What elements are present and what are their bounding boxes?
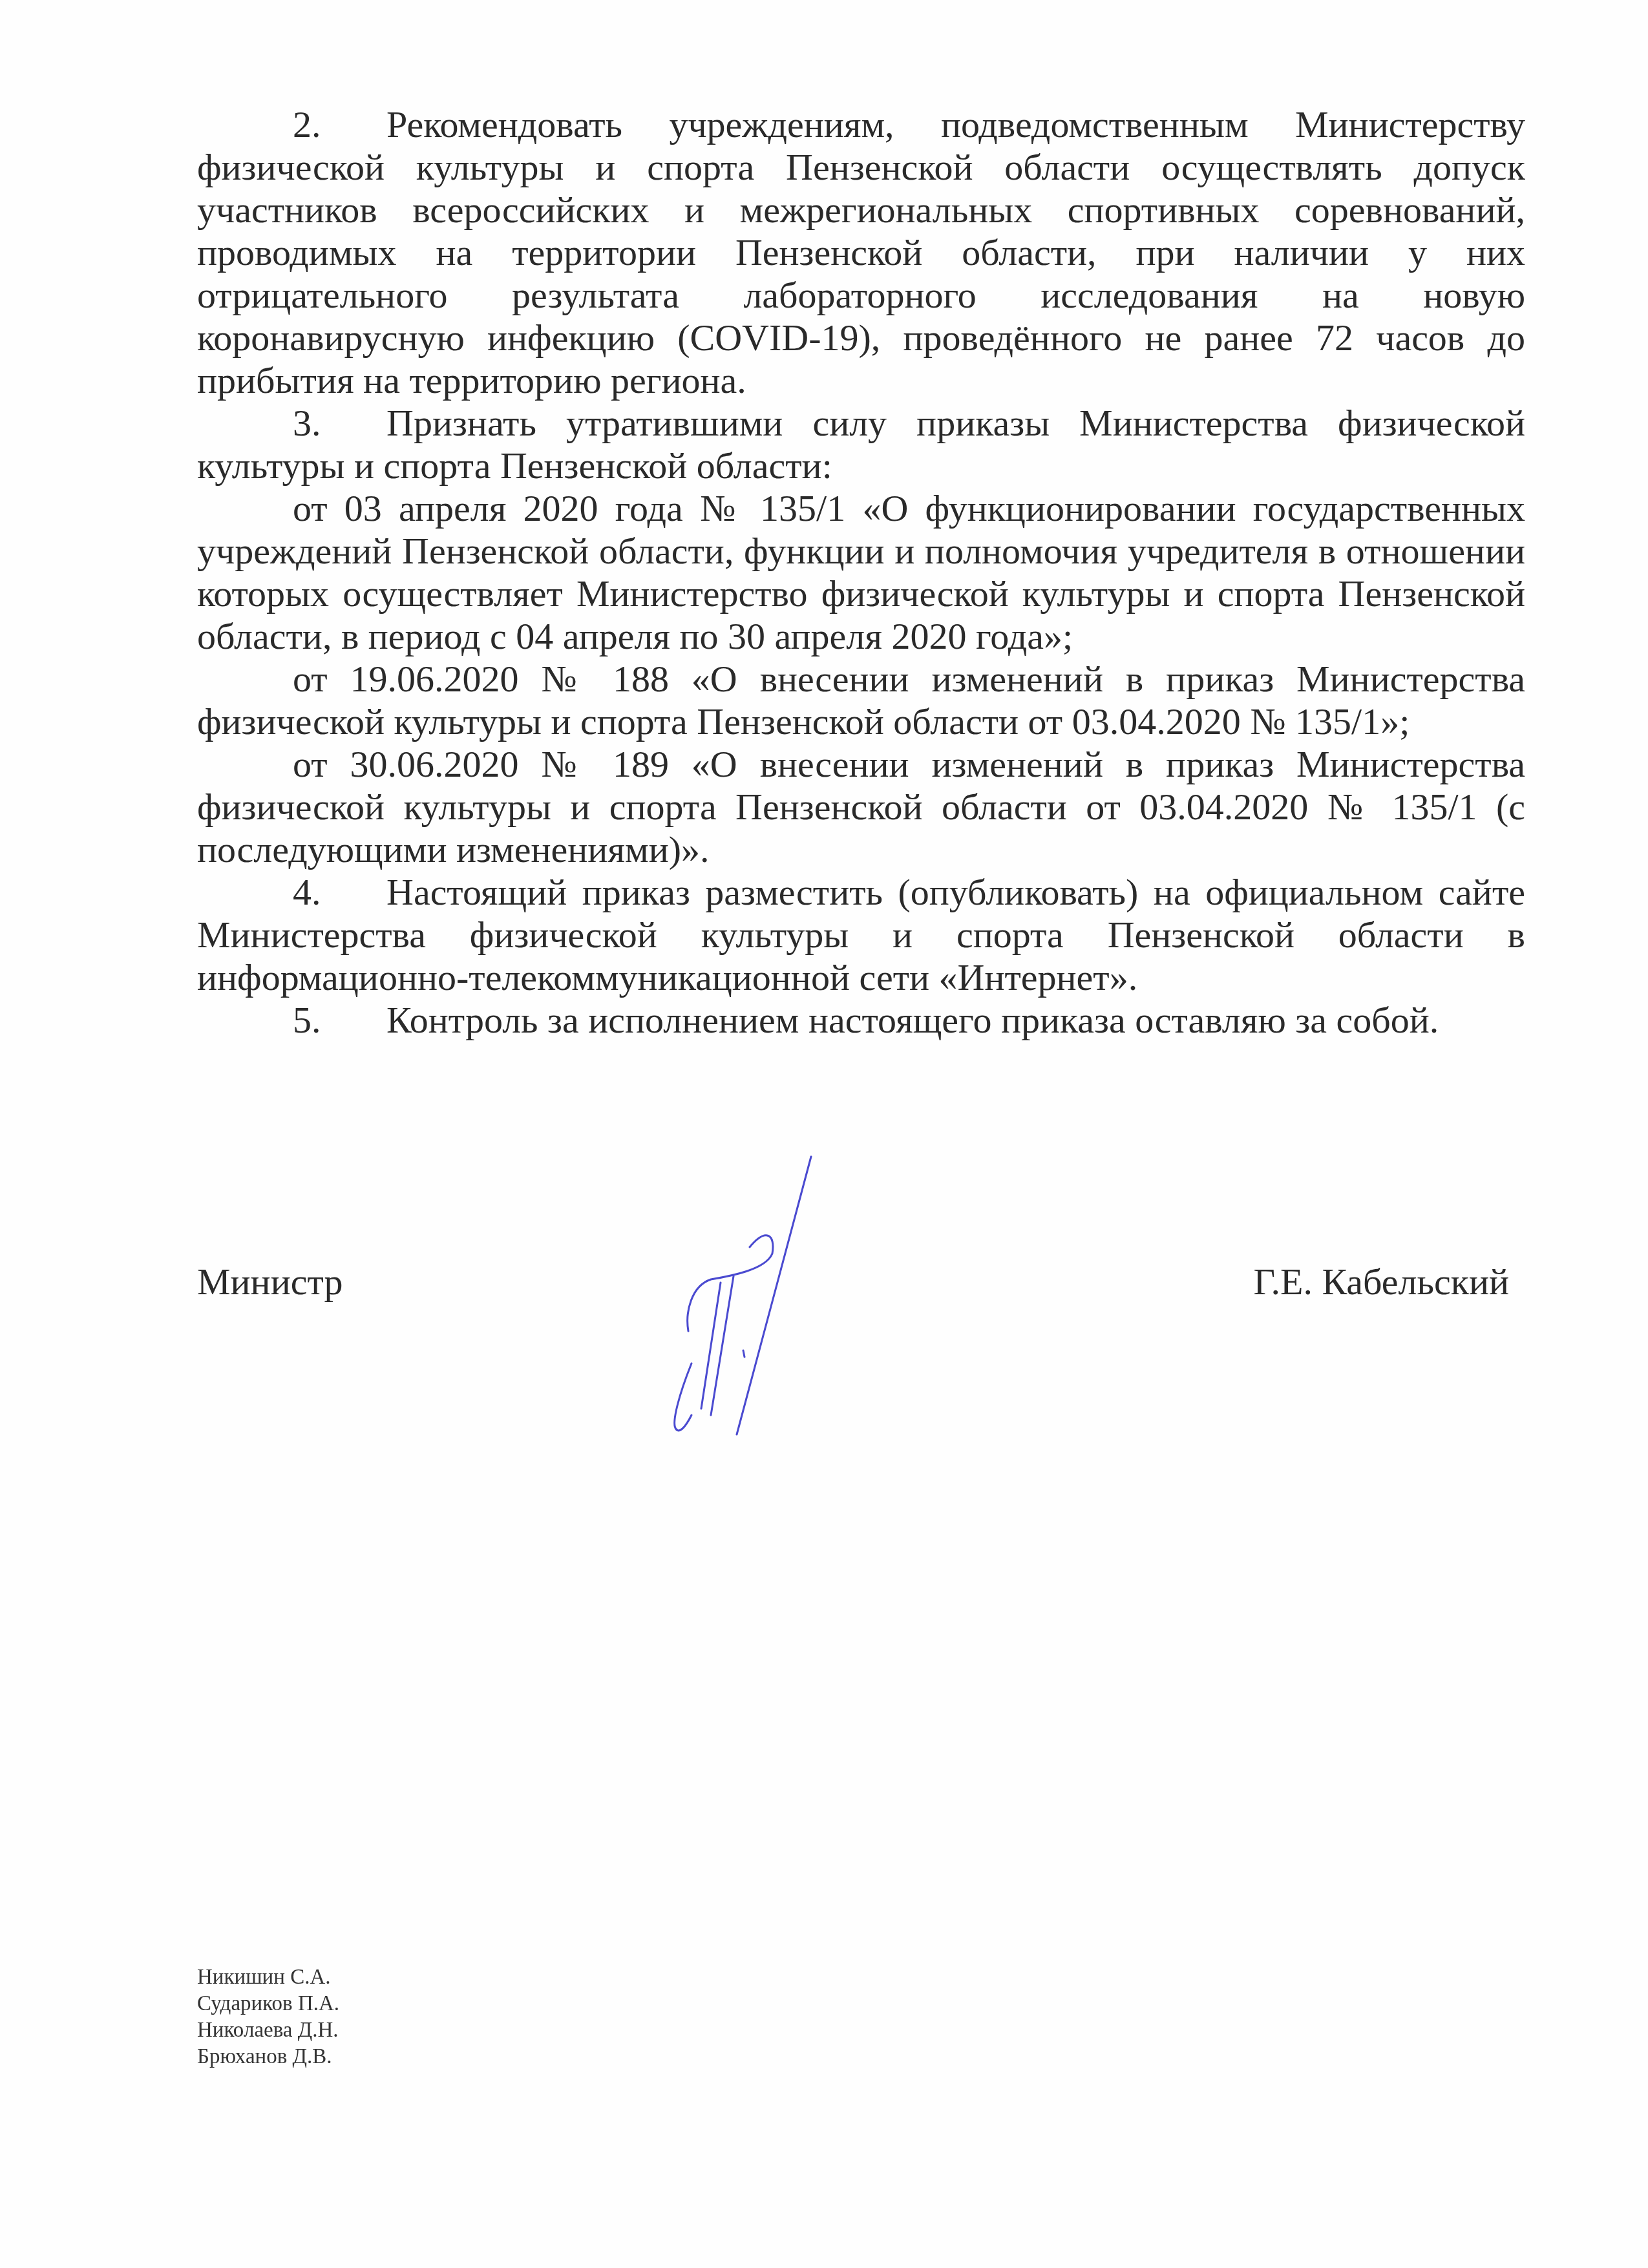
paragraph-4: 4.Настоящий приказ разместить (опубликов… [197, 871, 1525, 999]
paragraph-text: Контроль за исполнением настоящего прика… [386, 999, 1439, 1041]
paragraph-text: Рекомендовать учреждениям, подведомствен… [197, 103, 1525, 401]
executor-name: Николаева Д.Н. [197, 2017, 339, 2044]
paragraph-number: 3. [293, 402, 386, 445]
executor-name: Судариков П.А. [197, 1991, 339, 2017]
order-body: 2.Рекомендовать учреждениям, подведомств… [197, 103, 1525, 1042]
paragraph-text: Признать утратившими силу приказы Минист… [197, 402, 1525, 487]
repealed-order-188: от 19.06.2020 № 188 «О внесении изменени… [197, 658, 1525, 743]
signature-block: Министр Г.Е. Кабельский [197, 1260, 1509, 1312]
paragraph-number: 2. [293, 103, 386, 146]
document-page: 2.Рекомендовать учреждениям, подведомств… [0, 0, 1648, 2268]
repealed-order-189: от 30.06.2020 № 189 «О внесении изменени… [197, 743, 1525, 871]
paragraph-5: 5.Контроль за исполнением настоящего при… [197, 999, 1525, 1042]
executor-name: Никишин С.А. [197, 1964, 339, 1991]
signer-title: Министр [197, 1260, 343, 1303]
repealed-order-135-1: от 03 апреля 2020 года № 135/1 «О функци… [197, 487, 1525, 658]
executor-name: Брюханов Д.В. [197, 2044, 339, 2070]
signer-name: Г.Е. Кабельский [1254, 1260, 1509, 1303]
paragraph-2: 2.Рекомендовать учреждениям, подведомств… [197, 103, 1525, 402]
handwritten-signature-icon [614, 1150, 827, 1441]
paragraph-3: 3.Признать утратившими силу приказы Мини… [197, 402, 1525, 487]
paragraph-number: 4. [293, 871, 386, 914]
paragraph-number: 5. [293, 999, 386, 1042]
executors-list: Никишин С.А. Судариков П.А. Николаева Д.… [197, 1964, 339, 2070]
paragraph-text: Настоящий приказ разместить (опубликоват… [197, 871, 1525, 998]
